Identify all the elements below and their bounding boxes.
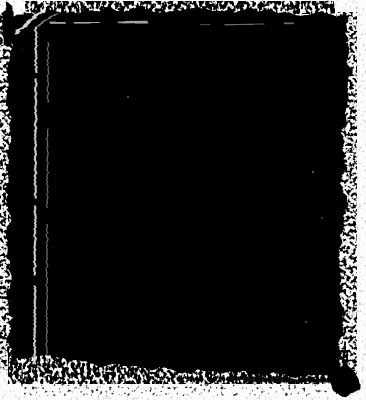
stray-dot: [26, 379, 29, 382]
ink-block-overlay: [14, 16, 344, 369]
grunge-frame-svg: [0, 0, 366, 400]
pinhole-dot: [305, 321, 307, 323]
spatter-right: [336, 12, 357, 382]
ink-stroke-bottom: [228, 378, 332, 381]
pinhole-dot: [321, 217, 323, 219]
ink-dot-top-left: [20, 48, 24, 52]
pinhole-dot: [312, 171, 314, 173]
grunge-frame-image: [0, 0, 366, 400]
spatter-top: [25, 1, 335, 14]
spatter-left: [0, 15, 13, 370]
stray-dot: [96, 389, 98, 391]
pinhole-dot: [127, 96, 129, 98]
stray-dot: [165, 393, 167, 395]
stray-dot: [261, 391, 263, 393]
